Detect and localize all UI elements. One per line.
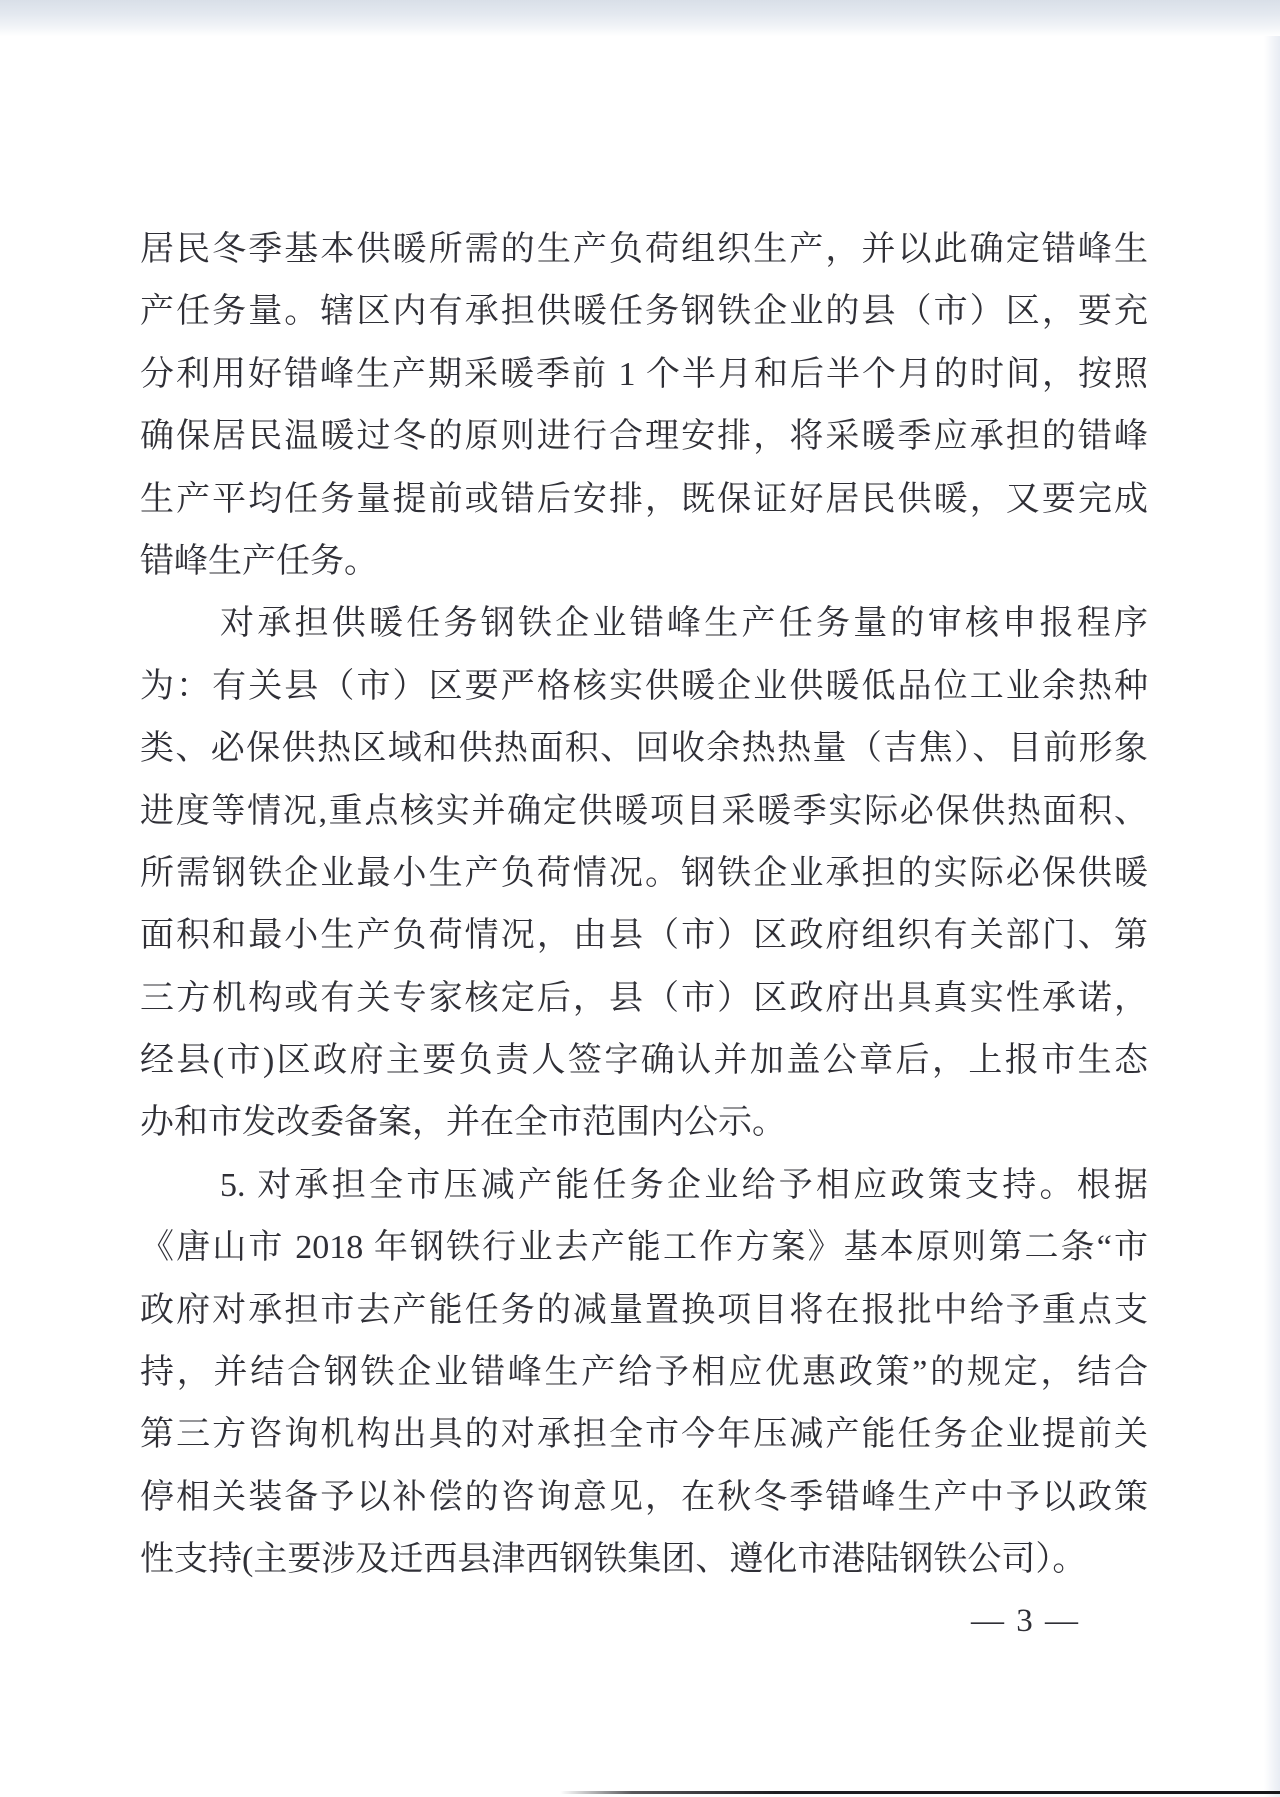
text-line: 类、必保供热区域和供热面积、回收余热热量（吉焦）、目前形象	[140, 718, 1148, 780]
text-line: 产任务量。辖区内有承担供暖任务钢铁企业的县（市）区，要充	[140, 281, 1148, 343]
text-line: 三方机构或有关专家核定后，县（市）区政府出具真实性承诺，	[140, 968, 1148, 1030]
text-line: 停相关装备予以补偿的咨询意见，在秋冬季错峰生产中予以政策	[140, 1467, 1148, 1529]
text-line: 政府对承担市去产能任务的减量置换项目将在报批中给予重点支	[140, 1280, 1148, 1342]
text-line: 《唐山市 2018 年钢铁行业去产能工作方案》基本原则第二条“市	[140, 1217, 1148, 1279]
text-line: 办和市发改委备案，并在全市范围内公示。	[140, 1092, 1148, 1154]
text-line: 生产平均任务量提前或错后安排，既保证好居民供暖，又要完成	[140, 469, 1148, 531]
page-number: — 3 —	[971, 1600, 1080, 1642]
text-line: 所需钢铁企业最小生产负荷情况。钢铁企业承担的实际必保供暖	[140, 843, 1148, 905]
text-line: 对承担供暖任务钢铁企业错峰生产任务量的审核申报程序	[140, 593, 1148, 655]
text-line: 分利用好错峰生产期采暖季前 1 个半月和后半个月的时间，按照	[140, 344, 1148, 406]
text-line: 第三方咨询机构出具的对承担全市今年压减产能任务企业提前关	[140, 1404, 1148, 1466]
scan-edge-top	[0, 0, 1280, 38]
scanned-document-page: 居民冬季基本供暖所需的生产负荷组织生产，并以此确定错峰生产任务量。辖区内有承担供…	[0, 0, 1280, 1797]
text-line: 经县(市)区政府主要负责人签字确认并加盖公章后，上报市生态	[140, 1030, 1148, 1092]
text-line: 持，并结合钢铁企业错峰生产给予相应优惠政策”的规定，结合	[140, 1342, 1148, 1404]
text-line: 错峰生产任务。	[140, 531, 1148, 593]
text-line: 性支持(主要涉及迁西县津西钢铁集团、遵化市港陆钢铁公司）。	[140, 1529, 1148, 1591]
text-line: 5. 对承担全市压减产能任务企业给予相应政策支持。根据	[140, 1155, 1148, 1217]
document-body: 居民冬季基本供暖所需的生产负荷组织生产，并以此确定错峰生产任务量。辖区内有承担供…	[140, 219, 1148, 1592]
text-line: 为：有关县（市）区要严格核实供暖企业供暖低品位工业余热种	[140, 656, 1148, 718]
scan-edge-right	[1264, 36, 1280, 1797]
text-line: 进度等情况,重点核实并确定供暖项目采暖季实际必保供热面积、	[140, 781, 1148, 843]
text-line: 居民冬季基本供暖所需的生产负荷组织生产，并以此确定错峰生	[140, 219, 1148, 281]
text-line: 确保居民温暖过冬的原则进行合理安排，将采暖季应承担的错峰	[140, 406, 1148, 468]
scan-artifact-line	[560, 1791, 1280, 1794]
text-line: 面积和最小生产负荷情况，由县（市）区政府组织有关部门、第	[140, 905, 1148, 967]
